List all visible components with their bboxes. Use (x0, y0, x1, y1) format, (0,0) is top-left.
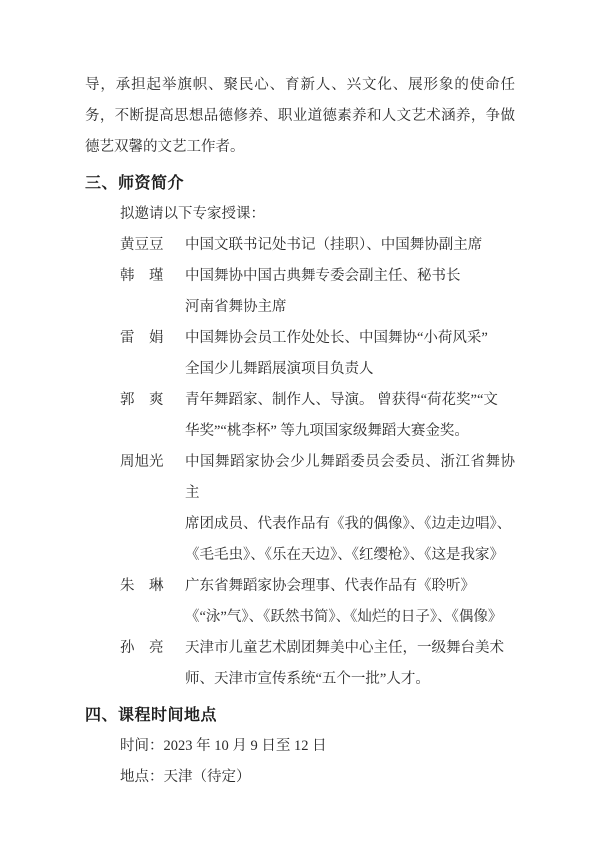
expert-name: 郭 爽 (120, 385, 185, 416)
expert-desc-line: 青年舞蹈家、制作人、导演。 曾获得“荷花奖”“文 (185, 385, 515, 416)
expert-desc-line: 广东省舞蹈家协会理事、代表作品有《聆听》 (185, 571, 515, 602)
expert-description: 中国舞协中国古典舞专委会副主任、秘书长 河南省舞协主席 (185, 261, 515, 323)
location-line: 地点：天津（待定） (85, 762, 515, 793)
expert-row-zhulin: 朱 琳 广东省舞蹈家协会理事、代表作品有《聆听》 《“泳”气》、《跃然书简》、《… (85, 571, 515, 633)
expert-description: 天津市儿童艺术剧团舞美中心主任，一级舞台美术 师、天津市宣传系统“五个一批”人才… (185, 633, 515, 695)
expert-row-leijuan: 雷 娟 中国舞协会员工作处处长、中国舞协“小荷风采” 全国少儿舞蹈展演项目负责人 (85, 323, 515, 385)
expert-desc-line: 师、天津市宣传系统“五个一批”人才。 (185, 664, 515, 695)
expert-row-sunliang: 孙 亮 天津市儿童艺术剧团舞美中心主任，一级舞台美术 师、天津市宣传系统“五个一… (85, 633, 515, 695)
expert-name: 韩 瑾 (120, 261, 185, 292)
expert-desc-line: 中国舞蹈家协会少儿舞蹈委员会委员、浙江省舞协主 (185, 447, 515, 509)
expert-desc-line: 中国文联书记处书记（挂职）、中国舞协副主席 (185, 230, 515, 261)
expert-desc-line: 全国少儿舞蹈展演项目负责人 (185, 354, 515, 385)
section-heading-schedule: 四、课程时间地点 (85, 700, 515, 731)
expert-row-huangdoudou: 黄豆豆 中国文联书记处书记（挂职）、中国舞协副主席 (85, 230, 515, 261)
continued-paragraph: 导，承担起举旗帜、聚民心、育新人、兴文化、展形象的使命任务，不断提高思想品德修养… (85, 70, 515, 163)
document-page: 导，承担起举旗帜、聚民心、育新人、兴文化、展形象的使命任务，不断提高思想品德修养… (0, 0, 600, 848)
expert-name: 黄豆豆 (120, 230, 185, 261)
expert-row-hanjin: 韩 瑾 中国舞协中国古典舞专委会副主任、秘书长 河南省舞协主席 (85, 261, 515, 323)
expert-name: 孙 亮 (120, 633, 185, 664)
expert-row-zhouxuguang: 周旭光 中国舞蹈家协会少儿舞蹈委员会委员、浙江省舞协主 席团成员、代表作品有《我… (85, 447, 515, 571)
expert-name: 雷 娟 (120, 323, 185, 354)
expert-desc-line: 席团成员、代表作品有《我的偶像》、《边走边唱》、 (185, 509, 515, 540)
expert-desc-line: 华奖”“桃李杯” 等九项国家级舞蹈大赛金奖。 (185, 416, 515, 447)
expert-desc-line: 中国舞协会员工作处处长、中国舞协“小荷风采” (185, 323, 515, 354)
expert-name: 周旭光 (120, 447, 185, 478)
expert-description: 中国舞蹈家协会少儿舞蹈委员会委员、浙江省舞协主 席团成员、代表作品有《我的偶像》… (185, 447, 515, 571)
expert-desc-line: 中国舞协中国古典舞专委会副主任、秘书长 (185, 261, 515, 292)
expert-description: 广东省舞蹈家协会理事、代表作品有《聆听》 《“泳”气》、《跃然书简》、《灿烂的日… (185, 571, 515, 633)
experts-intro: 拟邀请以下专家授课： (85, 199, 515, 230)
expert-desc-line: 天津市儿童艺术剧团舞美中心主任，一级舞台美术 (185, 633, 515, 664)
time-line: 时间：2023 年 10 月 9 日至 12 日 (85, 731, 515, 762)
expert-name: 朱 琳 (120, 571, 185, 602)
expert-row-guoshuang: 郭 爽 青年舞蹈家、制作人、导演。 曾获得“荷花奖”“文 华奖”“桃李杯” 等九… (85, 385, 515, 447)
section-heading-teachers: 三、师资简介 (85, 168, 515, 199)
expert-desc-line: 《毛毛虫》、《乐在天边》、《红缨枪》、《这是我家》 (185, 540, 515, 571)
expert-description: 中国文联书记处书记（挂职）、中国舞协副主席 (185, 230, 515, 261)
expert-desc-line: 河南省舞协主席 (185, 292, 515, 323)
expert-desc-line: 《“泳”气》、《跃然书简》、《灿烂的日子》、《偶像》 (185, 602, 515, 633)
expert-description: 中国舞协会员工作处处长、中国舞协“小荷风采” 全国少儿舞蹈展演项目负责人 (185, 323, 515, 385)
expert-description: 青年舞蹈家、制作人、导演。 曾获得“荷花奖”“文 华奖”“桃李杯” 等九项国家级… (185, 385, 515, 447)
